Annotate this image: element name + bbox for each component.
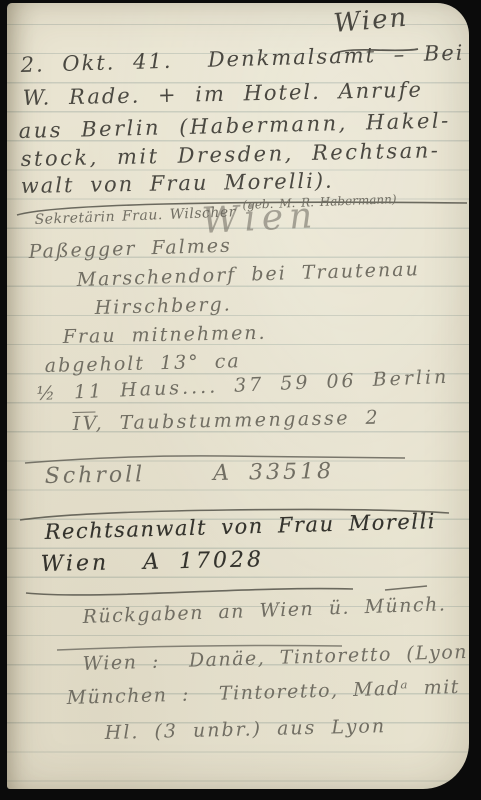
- handwritten-line-19: München : Tintoretto, Madᵃ mit: [66, 676, 460, 709]
- page-header-city: Wien: [332, 3, 409, 39]
- handwritten-line-2: W. Rade. + im Hotel. Anrufe: [22, 78, 423, 110]
- handwritten-line-7: Paßegger Falmes: [28, 235, 232, 263]
- handwritten-line-9: Hirschberg.: [94, 293, 232, 319]
- handwritten-line-3: aus Berlin (Habermann, Hakel-: [18, 108, 451, 143]
- handwritten-line-13: IV, Taubstummengasse 2: [73, 407, 381, 435]
- handwritten-line-4: stock, mit Dresden, Rechtsan-: [20, 138, 440, 171]
- line-13-rest: , Taubstummengasse 2: [95, 407, 380, 435]
- handwritten-line-16: Wien A 17028: [40, 547, 264, 577]
- handwritten-line-20: Hl. (3 unbr.) aus Lyon: [104, 715, 386, 744]
- handwritten-line-10: Frau mitnehmen.: [63, 322, 267, 348]
- short-dash-stroke: [383, 583, 429, 593]
- handwritten-line-5: walt von Frau Morelli).: [21, 169, 334, 198]
- handwritten-line-1: 2. Okt. 41. Denkmalsamt – Bei: [20, 41, 464, 77]
- handwritten-line-11: abgeholt 13° ca: [44, 350, 240, 377]
- district-roman-numeral: IV: [73, 413, 96, 435]
- handwritten-line-14: Schroll A 33518: [45, 459, 335, 489]
- handwritten-line-8: Marschendorf bei Trautenau: [76, 258, 420, 291]
- scan-photo-background: Wien 2. Okt. 41. Denkmalsamt – Bei W. Ra…: [0, 0, 481, 800]
- notebook-page: Wien 2. Okt. 41. Denkmalsamt – Bei W. Ra…: [7, 3, 469, 789]
